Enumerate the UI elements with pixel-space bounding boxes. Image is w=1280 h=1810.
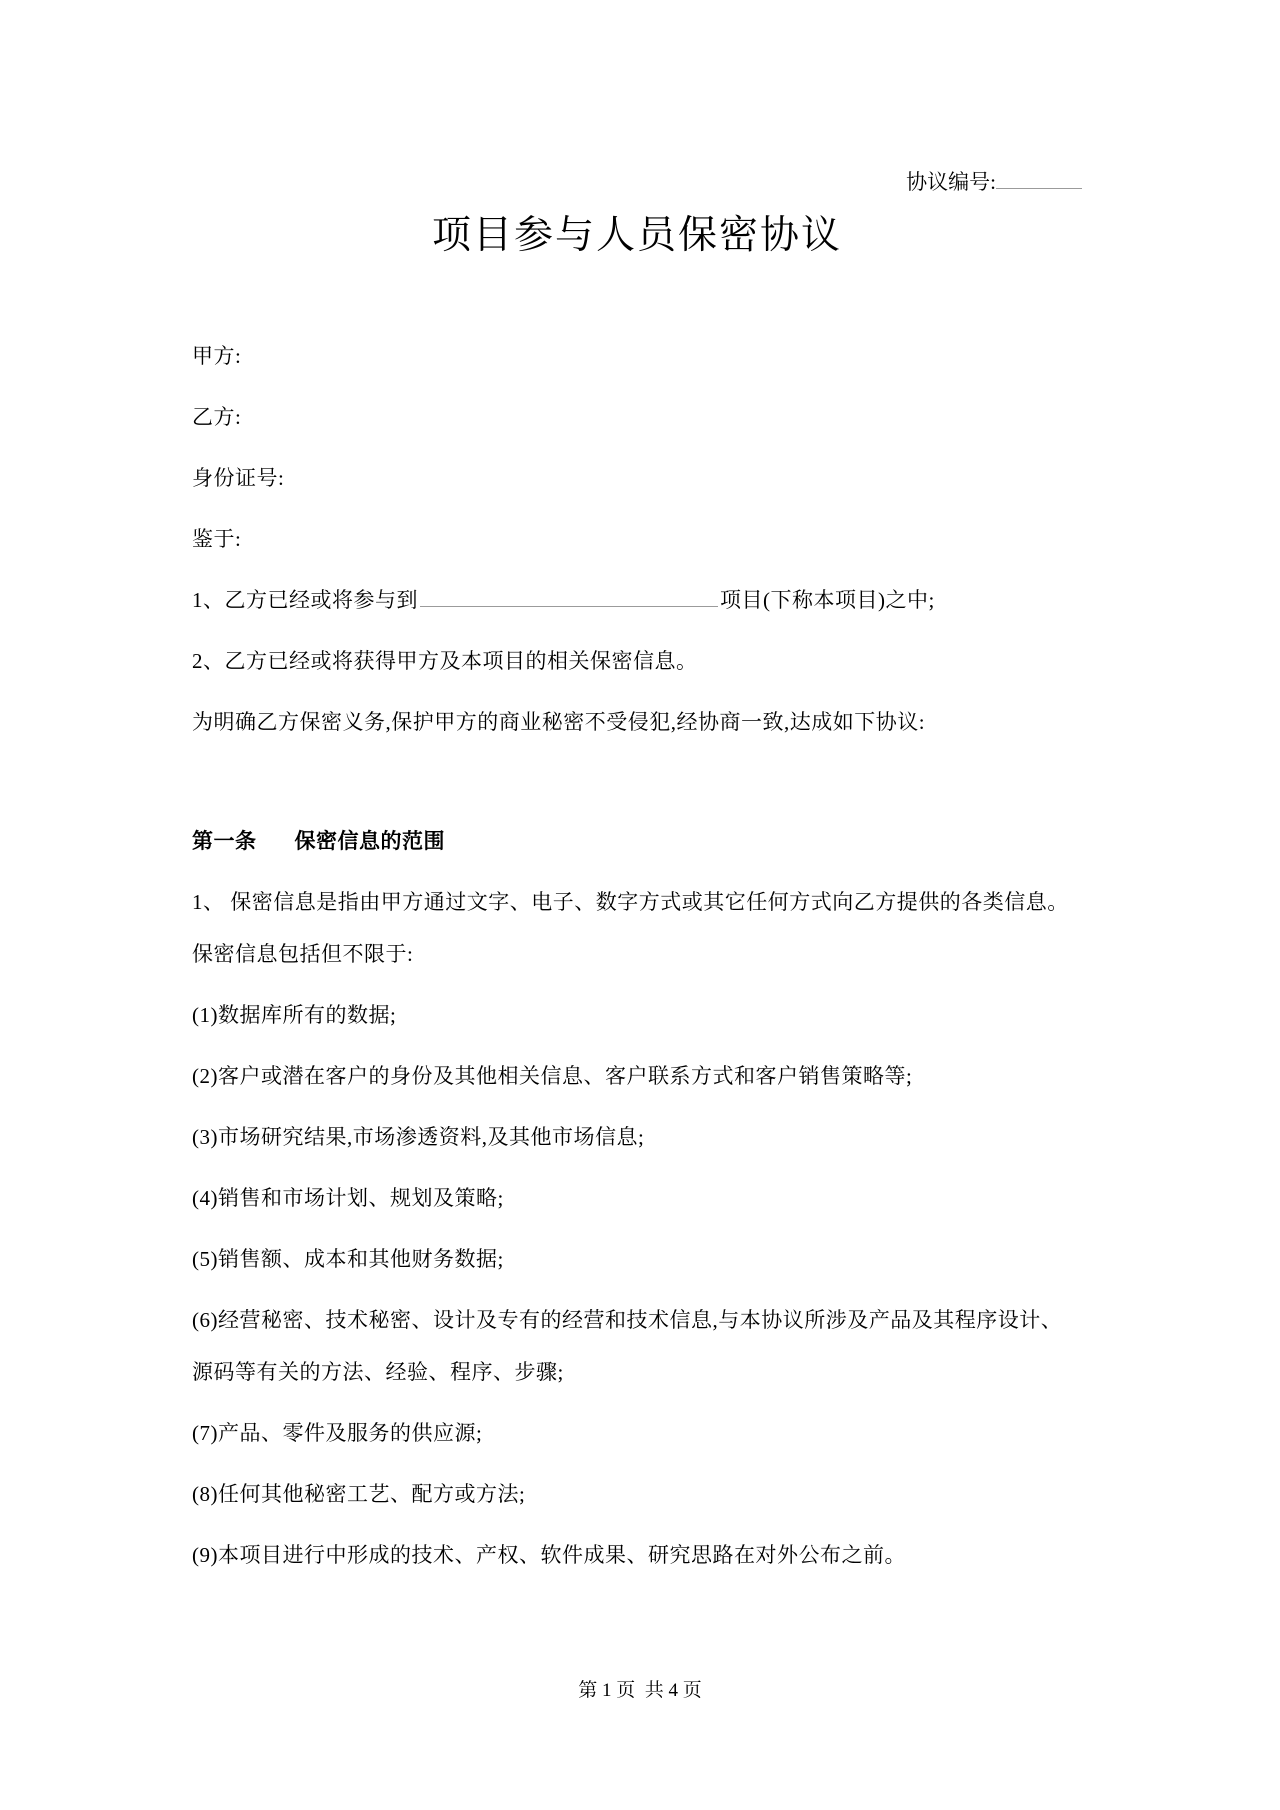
purpose-paragraph: 为明确乙方保密义务,保护甲方的商业秘密不受侵犯,经协商一致,达成如下协议: xyxy=(192,696,1082,748)
list-item-6: (6)经营秘密、技术秘密、设计及专有的经营和技术信息,与本协议所涉及产品及其程序… xyxy=(192,1294,1082,1398)
project-name-blank-field[interactable] xyxy=(420,605,718,607)
list-item-9: (9)本项目进行中形成的技术、产权、软件成果、研究思路在对外公布之前。 xyxy=(192,1529,1082,1581)
article-1-number: 第一条 xyxy=(192,829,257,853)
agreement-number-label: 协议编号: xyxy=(906,170,996,194)
id-number-label: 身份证号: xyxy=(192,452,1082,504)
list-item-2: (2)客户或潜在客户的身份及其他相关信息、客户联系方式和客户销售策略等; xyxy=(192,1050,1082,1102)
article-1-title: 保密信息的范围 xyxy=(295,829,446,853)
recital-1-prefix: 1、乙方已经或将参与到 xyxy=(192,588,418,612)
party-a-label: 甲方: xyxy=(192,330,1082,382)
document-content: 协议编号: 项目参与人员保密协议 甲方: 乙方: 身份证号: 鉴于: 1、乙方已… xyxy=(0,0,1280,1581)
recital-2: 2、乙方已经或将获得甲方及本项目的相关保密信息。 xyxy=(192,635,1082,687)
whereas-label: 鉴于: xyxy=(192,513,1082,565)
list-item-1: (1)数据库所有的数据; xyxy=(192,989,1082,1041)
page-number-indicator: 第 1 页 共 4 页 xyxy=(0,1680,1280,1702)
article-1-heading: 第一条保密信息的范围 xyxy=(192,815,1082,867)
list-item-4: (4)销售和市场计划、规划及策略; xyxy=(192,1172,1082,1224)
recital-1-suffix: 项目(下称本项目)之中; xyxy=(720,588,935,612)
list-item-8: (8)任何其他秘密工艺、配方或方法; xyxy=(192,1468,1082,1520)
list-item-5: (5)销售额、成本和其他财务数据; xyxy=(192,1233,1082,1285)
document-page: 协议编号: 项目参与人员保密协议 甲方: 乙方: 身份证号: 鉴于: 1、乙方已… xyxy=(0,0,1280,1810)
recital-1: 1、乙方已经或将参与到项目(下称本项目)之中; xyxy=(192,574,1082,626)
agreement-number-row: 协议编号: xyxy=(192,172,1082,193)
document-title: 项目参与人员保密协议 xyxy=(192,215,1082,257)
agreement-number-blank-field[interactable] xyxy=(996,187,1082,189)
party-b-label: 乙方: xyxy=(192,391,1082,443)
article-1-intro: 1、 保密信息是指由甲方通过文字、电子、数字方式或其它任何方式向乙方提供的各类信… xyxy=(192,876,1082,980)
list-item-7: (7)产品、零件及服务的供应源; xyxy=(192,1407,1082,1459)
list-item-3: (3)市场研究结果,市场渗透资料,及其他市场信息; xyxy=(192,1111,1082,1163)
